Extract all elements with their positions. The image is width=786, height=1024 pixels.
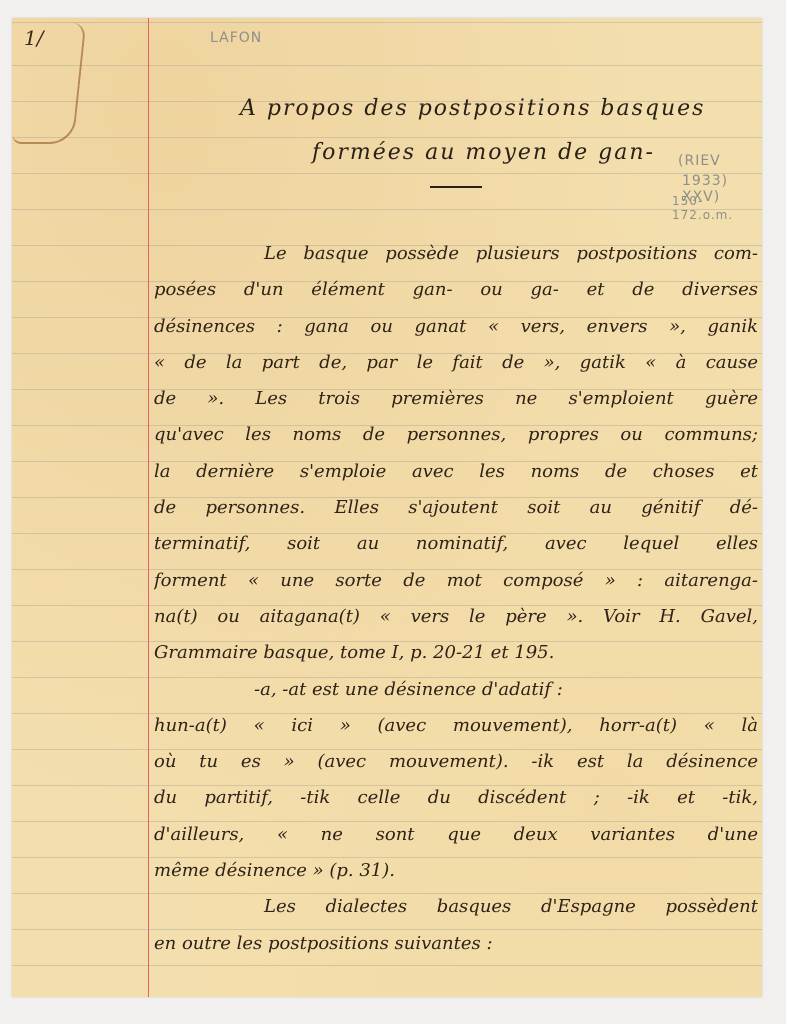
body-line: où tu es » (avec mouvement). -ik est la … (154, 744, 758, 780)
title-underline-rule (430, 186, 482, 188)
red-margin-line (148, 18, 149, 997)
body-line: posées d'un élément gan- ou ga- et de di… (154, 272, 758, 308)
reference-annotation-3: 150-172.o.m. (672, 194, 762, 222)
body-line: qu'avec les noms de personnes, propres o… (154, 417, 758, 453)
body-line: Grammaire basque, tome I, p. 20-21 et 19… (154, 635, 758, 671)
body-text: Le basque possède plusieurs postposition… (154, 236, 758, 962)
body-line: terminatif, soit au nominatif, avec lequ… (154, 526, 758, 562)
body-line: Le basque possède plusieurs postposition… (154, 236, 758, 272)
body-line: du partitif, -tik celle du discédent ; -… (154, 780, 758, 816)
body-line: -a, -at est une désinence d'adatif : (154, 672, 758, 708)
body-line: d'ailleurs, « ne sont que deux variantes… (154, 817, 758, 853)
body-line: forment « une sorte de mot composé » : a… (154, 563, 758, 599)
author-annotation: LAFON (210, 30, 262, 46)
body-line: na(t) ou aitagana(t) « vers le père ». V… (154, 599, 758, 635)
body-line: hun-a(t) « ici » (avec mouvement), horr-… (154, 708, 758, 744)
body-line: désinences : gana ou ganat « vers, enver… (154, 309, 758, 345)
reference-annotation-1: (RIEV (678, 153, 721, 169)
manuscript-page: 1/ LAFON A propos des postpositions basq… (12, 18, 762, 997)
body-line: de personnes. Elles s'ajoutent soit au g… (154, 490, 758, 526)
corner-stain (12, 22, 87, 144)
body-line: la dernière s'emploie avec les noms de c… (154, 454, 758, 490)
body-line: Les dialectes basques d'Espagne possèden… (154, 889, 758, 925)
body-line: de ». Les trois premières ne s'emploient… (154, 381, 758, 417)
title-line-2: formées au moyen de gan- (312, 140, 655, 165)
body-line: « de la part de, par le fait de », gatik… (154, 345, 758, 381)
title-line-1: A propos des postpositions basques (240, 96, 705, 121)
page-number: 1/ (24, 26, 43, 50)
body-line: même désinence » (p. 31). (154, 853, 758, 889)
body-line: en outre les postpositions suivantes : (154, 926, 758, 962)
